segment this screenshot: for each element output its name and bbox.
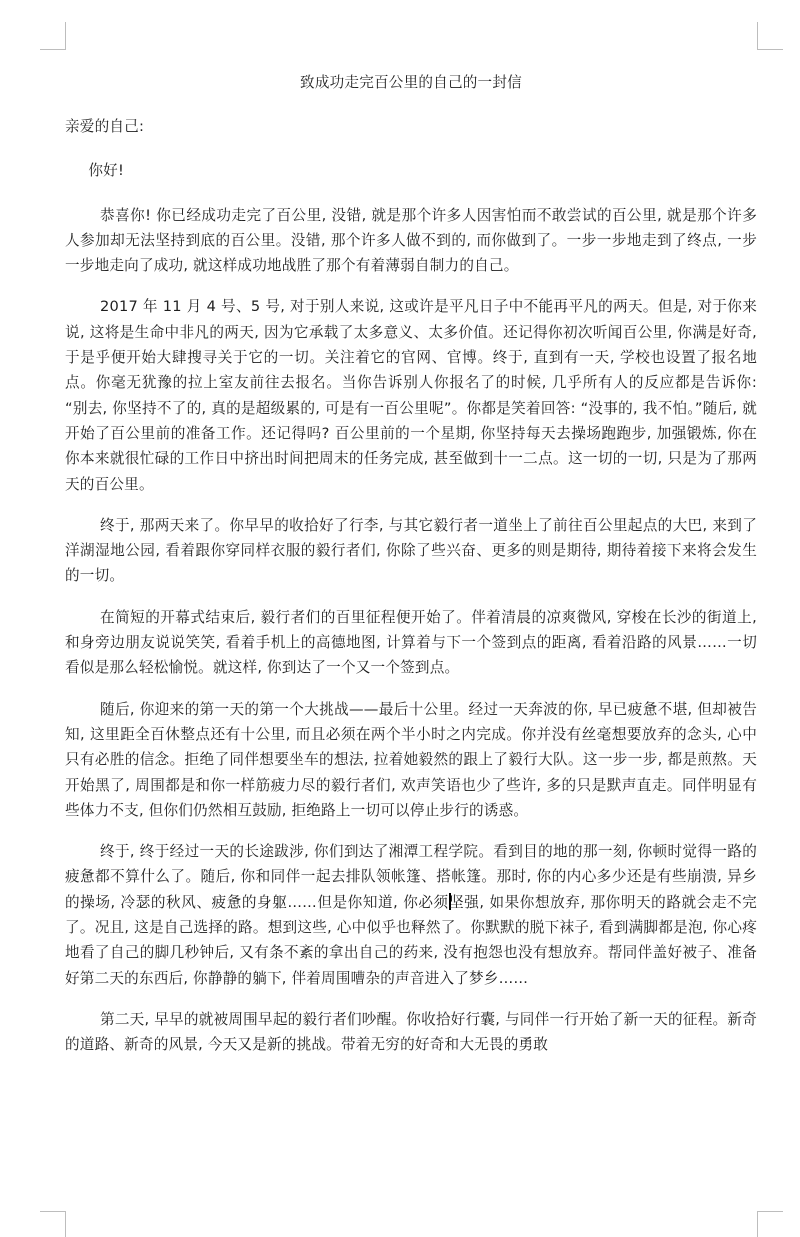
document-page[interactable]: 致成功走完百公里的自己的一封信 亲爱的自己: 你好! 恭喜你! 你已经成功走完了… xyxy=(0,0,800,1237)
paragraph-4: 在简短的开幕式结束后, 毅行者们的百里征程便开始了。伴着清晨的凉爽微风, 穿梭在… xyxy=(65,605,757,681)
margin-corner-mark-bottom-right xyxy=(757,1211,783,1237)
margin-corner-mark-top-left xyxy=(40,22,66,50)
margin-corner-mark-bottom-left xyxy=(40,1211,66,1237)
greeting: 你好! xyxy=(65,158,757,183)
paragraph-2: 2017 年 11 月 4 号、5 号, 对于别人来说, 这或许是平凡日子中不能… xyxy=(65,294,757,496)
paragraph-7: 第二天, 早早的就被周围早起的毅行者们吵醒。你收拾好行囊, 与同伴一行开始了新一… xyxy=(65,1007,757,1058)
margin-corner-mark-top-right xyxy=(757,22,783,50)
document-body[interactable]: 致成功走完百公里的自己的一封信 亲爱的自己: 你好! 恭喜你! 你已经成功走完了… xyxy=(65,70,757,1074)
paragraph-1: 恭喜你! 你已经成功走完了百公里, 没错, 就是那个许多人因害怕而不敢尝试的百公… xyxy=(65,203,757,279)
paragraph-3: 终于, 那两天来了。你早早的收拾好了行李, 与其它毅行者一道坐上了前往百公里起点… xyxy=(65,513,757,589)
paragraph-5: 随后, 你迎来的第一天的第一个大挑战——最后十公里。经过一天奔波的你, 早已疲惫… xyxy=(65,697,757,823)
salutation: 亲爱的自己: xyxy=(65,114,757,139)
document-title: 致成功走完百公里的自己的一封信 xyxy=(65,70,757,95)
paragraph-6: 终于, 终于经过一天的长途跋涉, 你们到达了湘潭工程学院。看到目的地的那一刻, … xyxy=(65,839,757,991)
